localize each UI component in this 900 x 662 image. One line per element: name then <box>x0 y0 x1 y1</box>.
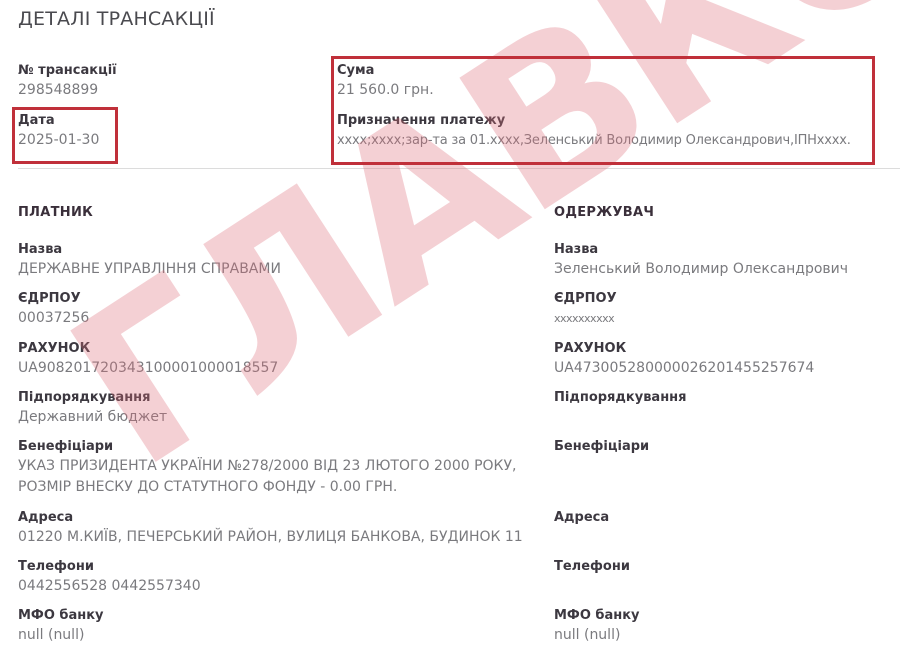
payer-name-field: Назва ДЕРЖАВНЕ УПРАВЛІННЯ СПРАВАМИ <box>18 241 281 280</box>
payer-mfo-value: null (null) <box>18 625 104 646</box>
payer-name-label: Назва <box>18 241 281 259</box>
recipient-subordination-label: Підпорядкування <box>554 389 687 407</box>
payer-edrpou-field: ЄДРПОУ 00037256 <box>18 290 89 329</box>
payer-edrpou-label: ЄДРПОУ <box>18 290 89 308</box>
recipient-beneficiaries-field: Бенефіціари <box>554 438 649 456</box>
transaction-number-label: № трансакції <box>18 62 117 80</box>
recipient-mfo-field: МФО банку null (null) <box>554 607 640 646</box>
recipient-account-value: UA473005280000026201455257674 <box>554 358 814 379</box>
recipient-subordination-field: Підпорядкування <box>554 389 687 407</box>
recipient-heading: ОДЕРЖУВАЧ <box>554 205 654 220</box>
payer-phones-label: Телефони <box>18 558 201 576</box>
payer-beneficiaries-value-line2: РОЗМІР ВНЕСКУ ДО СТАТУТНОГО ФОНДУ - 0.00… <box>18 477 516 498</box>
payer-beneficiaries-value-line1: УКАЗ ПРИЗИДЕНТА УКРАЇНИ №278/2000 ВІД 23… <box>18 456 516 477</box>
purpose-label: Призначення платежу <box>337 112 851 130</box>
payer-subordination-field: Підпорядкування Державний бюджет <box>18 389 167 428</box>
recipient-address-label: Адреса <box>554 509 609 527</box>
payer-subordination-label: Підпорядкування <box>18 389 167 407</box>
payer-name-value: ДЕРЖАВНЕ УПРАВЛІННЯ СПРАВАМИ <box>18 259 281 280</box>
payer-address-label: Адреса <box>18 509 523 527</box>
payer-phones-field: Телефони 0442556528 0442557340 <box>18 558 201 597</box>
payer-heading: ПЛАТНИК <box>18 205 93 220</box>
recipient-account-field: РАХУНОК UA473005280000026201455257674 <box>554 340 814 379</box>
recipient-phones-field: Телефони <box>554 558 630 576</box>
payer-address-field: Адреса 01220 М.КИЇВ, ПЕЧЕРСЬКИЙ РАЙОН, В… <box>18 509 523 548</box>
payer-account-label: РАХУНОК <box>18 340 278 358</box>
section-divider <box>18 168 900 169</box>
payer-edrpou-value: 00037256 <box>18 308 89 329</box>
recipient-name-label: Назва <box>554 241 848 259</box>
recipient-account-label: РАХУНОК <box>554 340 814 358</box>
payer-beneficiaries-label: Бенефіціари <box>18 438 516 456</box>
recipient-name-value: Зеленський Володимир Олександрович <box>554 259 848 280</box>
payer-address-value: 01220 М.КИЇВ, ПЕЧЕРСЬКИЙ РАЙОН, ВУЛИЦЯ Б… <box>18 527 523 548</box>
payer-mfo-field: МФО банку null (null) <box>18 607 104 646</box>
recipient-phones-label: Телефони <box>554 558 630 576</box>
amount-field: Сума 21 560.0 грн. <box>337 62 434 101</box>
payer-account-field: РАХУНОК UA908201720343100001000018557 <box>18 340 278 379</box>
recipient-edrpou-value: xxxxxxxxxx <box>554 308 617 329</box>
date-value: 2025-01-30 <box>18 130 99 151</box>
recipient-mfo-label: МФО банку <box>554 607 640 625</box>
payer-account-value: UA908201720343100001000018557 <box>18 358 278 379</box>
recipient-address-field: Адреса <box>554 509 609 527</box>
purpose-field: Призначення платежу xxxx;xxxx;зар-та за … <box>337 112 851 151</box>
recipient-beneficiaries-label: Бенефіціари <box>554 438 649 456</box>
payer-phones-value: 0442556528 0442557340 <box>18 576 201 597</box>
date-field: Дата 2025-01-30 <box>18 112 99 151</box>
date-label: Дата <box>18 112 99 130</box>
purpose-value: xxxx;xxxx;зар-та за 01.xxxx,Зеленський В… <box>337 130 851 151</box>
payer-subordination-value: Державний бюджет <box>18 407 167 428</box>
amount-value: 21 560.0 грн. <box>337 80 434 101</box>
page-title: ДЕТАЛІ ТРАНСАКЦІЇ <box>18 8 215 30</box>
payer-beneficiaries-field: Бенефіціари УКАЗ ПРИЗИДЕНТА УКРАЇНИ №278… <box>18 438 516 498</box>
recipient-mfo-value: null (null) <box>554 625 640 646</box>
recipient-edrpou-field: ЄДРПОУ xxxxxxxxxx <box>554 290 617 329</box>
amount-label: Сума <box>337 62 434 80</box>
payer-mfo-label: МФО банку <box>18 607 104 625</box>
transaction-number-field: № трансакції 298548899 <box>18 62 117 101</box>
transaction-number-value: 298548899 <box>18 80 117 101</box>
recipient-edrpou-label: ЄДРПОУ <box>554 290 617 308</box>
recipient-name-field: Назва Зеленський Володимир Олександрович <box>554 241 848 280</box>
